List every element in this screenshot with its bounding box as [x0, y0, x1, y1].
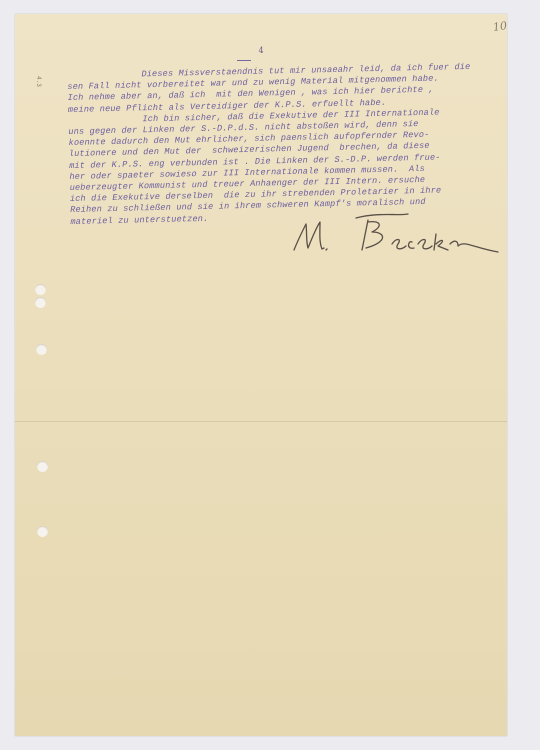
archive-folio-number: 10: [492, 19, 508, 34]
punch-hole: [35, 284, 46, 295]
document-page: 10 4.3 4 Dieses Missverstaendnis tut mir…: [15, 14, 507, 736]
typewritten-letter-body: Dieses Missverstaendnis tut mir unsaeahr…: [67, 61, 510, 228]
page-number: 4: [15, 46, 507, 55]
fold-crease: [15, 421, 507, 422]
punch-hole: [37, 526, 48, 537]
margin-mark: 4.3: [35, 76, 42, 87]
punch-hole: [36, 344, 47, 355]
signature-icon: [288, 210, 508, 258]
handwritten-signature: [288, 210, 508, 258]
page-number-underline: [237, 60, 251, 61]
punch-hole: [37, 461, 48, 472]
punch-hole: [35, 297, 46, 308]
